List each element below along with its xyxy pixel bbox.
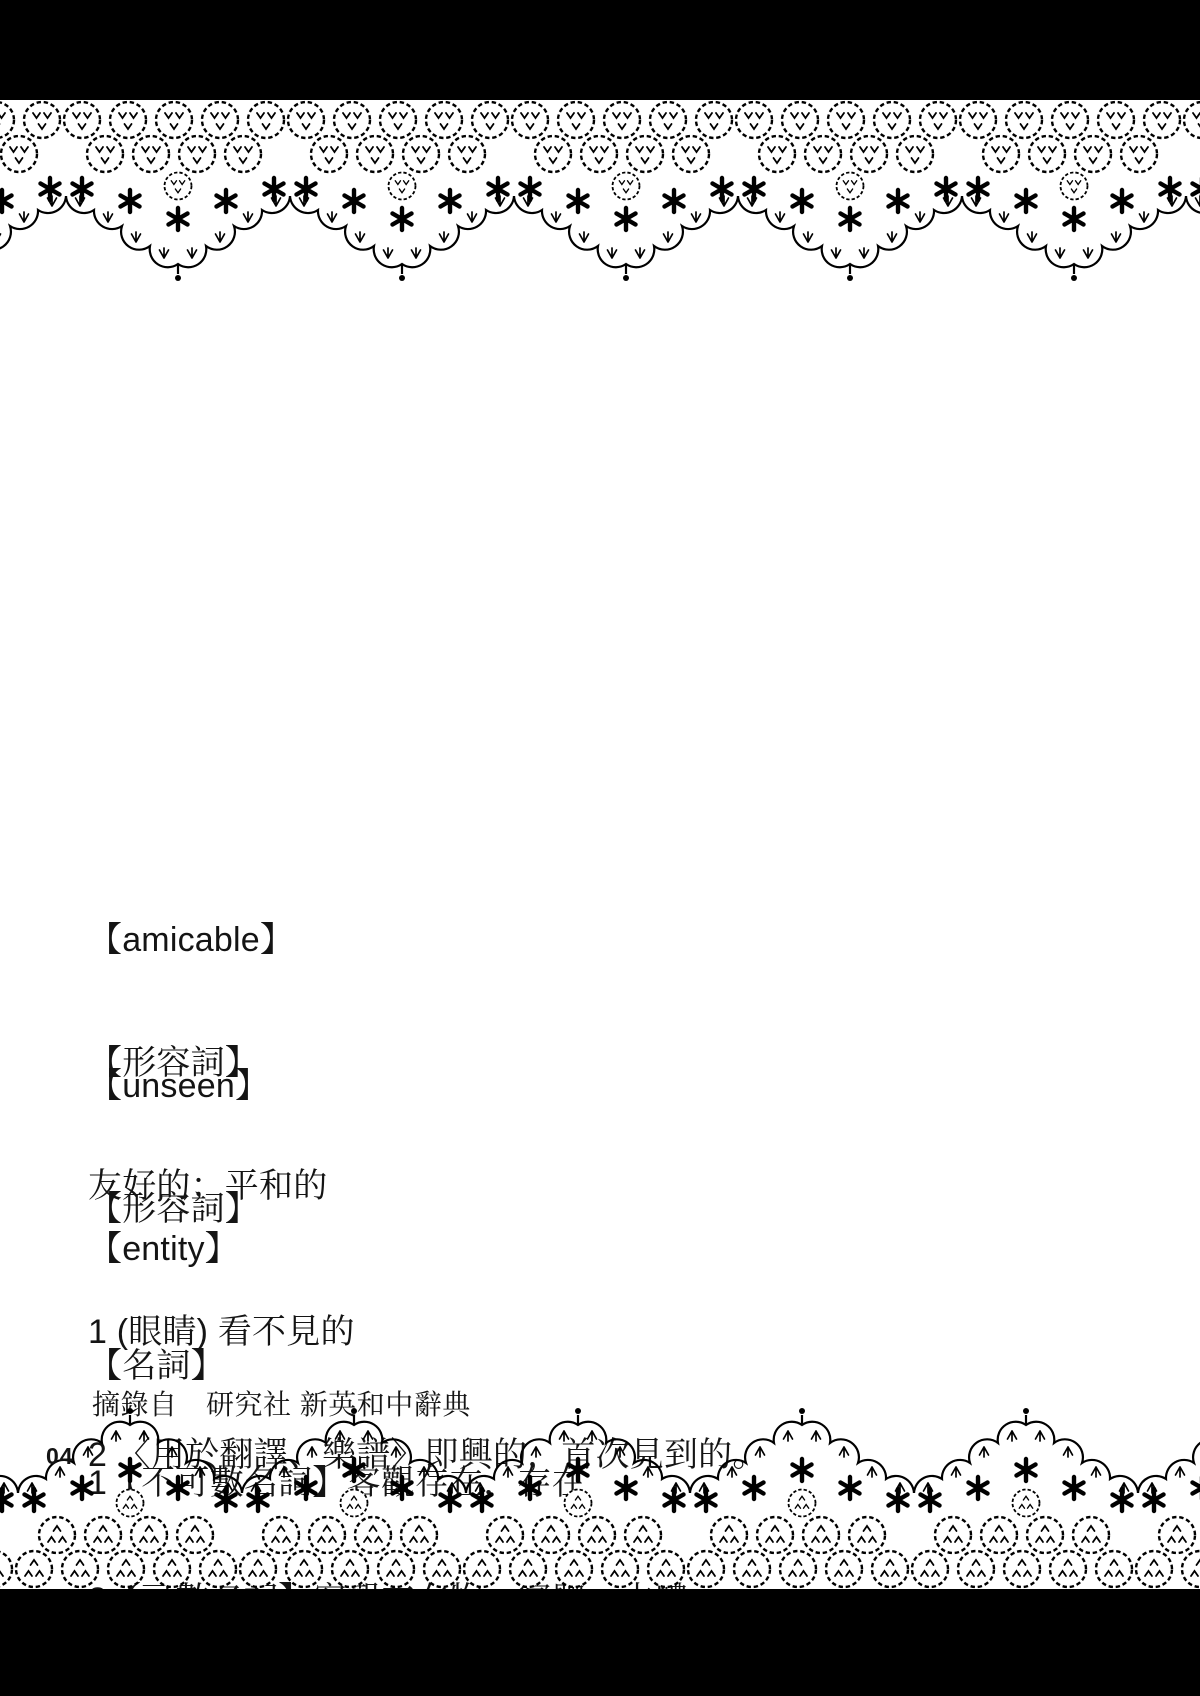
entry-headword: 【entity】 (88, 1230, 689, 1269)
lace-top-tiles (0, 102, 1200, 281)
top-black-bar (0, 0, 1200, 100)
lace-border-top-icon (0, 100, 1200, 292)
lace-bottom-tiles (0, 1408, 1200, 1587)
lace-border-bottom-icon (0, 1397, 1200, 1589)
bottom-black-bar (0, 1589, 1200, 1696)
entry-headword: 【amicable】 (88, 920, 327, 961)
scanned-dictionary-page: 【amicable】 【形容詞】 友好的；平和的 【unseen】 【形容詞】 … (0, 0, 1200, 1696)
entry-part-of-speech: 【名詞】 (88, 1347, 689, 1386)
page-number: 04 (46, 1443, 74, 1470)
entry-headword: 【unseen】 (88, 1066, 767, 1107)
